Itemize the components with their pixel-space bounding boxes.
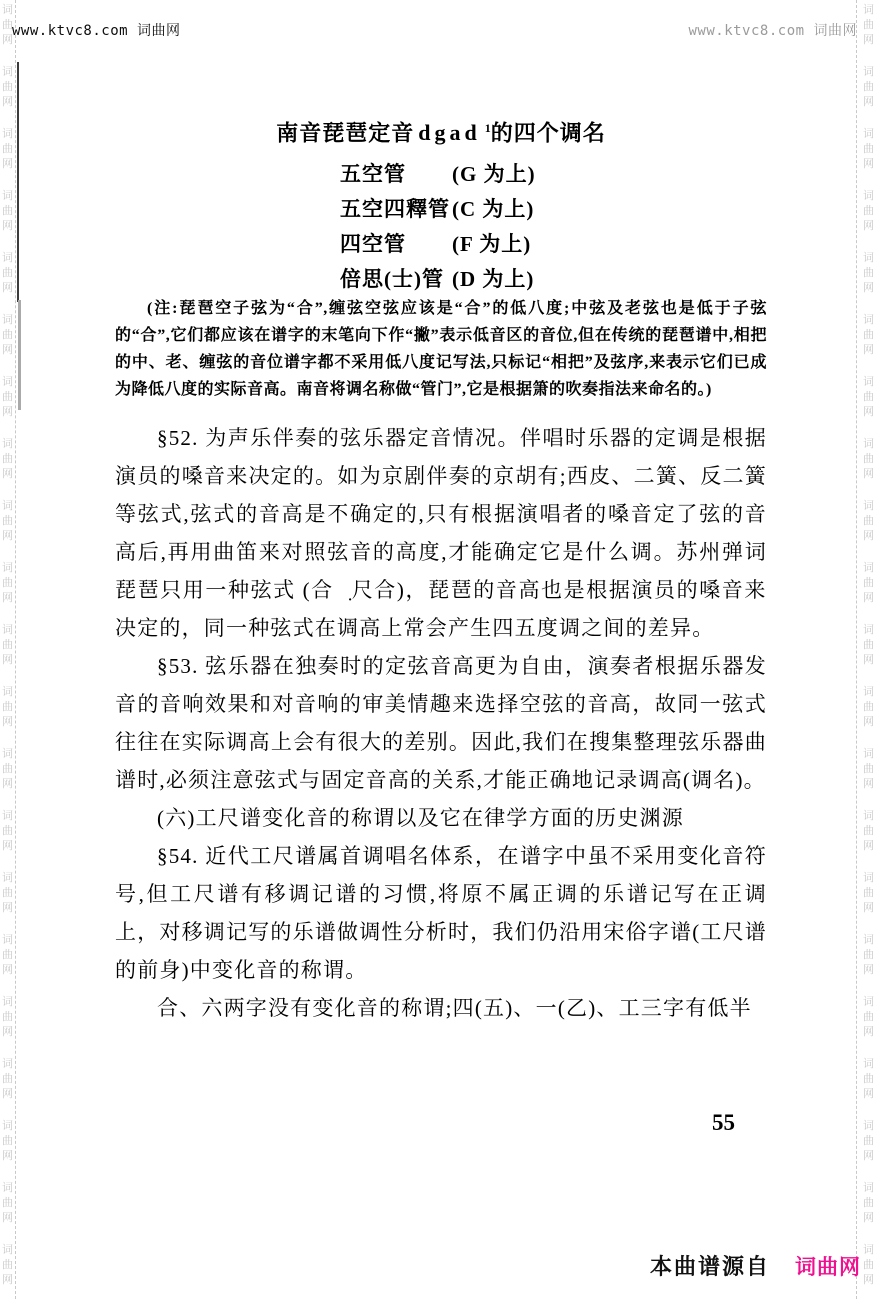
watermark-side-text: 词曲网	[862, 64, 875, 109]
footnote-paragraph: (注:琵琶空子弦为“合”,缠弦空弦应该是“合”的低八度;中弦及老弦也是低于子弦的…	[115, 295, 767, 403]
tuning-row: 四空管 (F 为上)	[340, 225, 767, 260]
scan-edge-artifact	[17, 62, 19, 302]
page-number: 55	[712, 1110, 735, 1136]
scan-edge-artifact-light	[18, 300, 21, 410]
watermark-side-text: 词曲网	[862, 374, 875, 419]
right-watermark-column: 词曲网词曲网词曲网词曲网词曲网词曲网词曲网词曲网词曲网词曲网词曲网词曲网词曲网词…	[862, 2, 875, 1299]
tuning-mode-key: (C 为上)	[452, 193, 534, 223]
watermark-side-text: 词曲网	[1, 374, 14, 419]
body-text-block: §52. 为声乐伴奏的弦乐器定音情况。伴唱时乐器的定调是根据演员的嗓音来决定的。…	[115, 419, 767, 1027]
page-title: 南音琵琶定音dgad1的四个调名	[115, 114, 767, 147]
title-prefix: 南音琵琶定音	[276, 120, 414, 145]
watermark-side-text: 词曲网	[1, 1180, 14, 1225]
watermark-side-text: 词曲网	[1, 870, 14, 915]
scanned-sheet-page: { "watermark": { "header_left": "www.ktv…	[0, 0, 881, 1299]
page-content: 南音琵琶定音dgad1的四个调名 五空管 (G 为上) 五空四釋管 (C 为上)…	[115, 0, 767, 1027]
watermark-side-text: 词曲网	[862, 932, 875, 977]
watermark-side-text: 词曲网	[862, 808, 875, 853]
watermark-side-text: 词曲网	[1, 64, 14, 109]
tuning-row: 五空四釋管 (C 为上)	[340, 190, 767, 225]
watermark-side-text: 词曲网	[862, 250, 875, 295]
watermark-side-text: 词曲网	[862, 1242, 875, 1287]
watermark-side-text: 词曲网	[862, 126, 875, 171]
watermark-side-text: 词曲网	[1, 436, 14, 481]
watermark-side-text: 词曲网	[1, 932, 14, 977]
section-heading-6: (六)工尺谱变化音的称谓以及它在律学方面的历史渊源	[115, 799, 767, 837]
watermark-side-text: 词曲网	[862, 436, 875, 481]
watermark-side-text: 词曲网	[1, 1056, 14, 1101]
watermark-side-text: 词曲网	[862, 560, 875, 605]
title-pitch-letters: dgad	[418, 120, 480, 145]
tuning-mode-key: (D 为上)	[452, 263, 534, 293]
watermark-side-text: 词曲网	[862, 994, 875, 1039]
right-dashed-border	[856, 0, 857, 1299]
paragraph-last: 合、六两字没有变化音的称谓;四(五)、一(乙)、工三字有低半	[115, 989, 767, 1027]
title-suffix: 的四个调名	[491, 120, 606, 145]
watermark-side-text: 词曲网	[862, 870, 875, 915]
tuning-row: 倍思(士)管 (D 为上)	[340, 260, 767, 295]
watermark-side-text: 词曲网	[862, 622, 875, 667]
paragraph-53: §53. 弦乐器在独奏时的定弦音高更为自由，演奏者根据乐器发音的音响效果和对音响…	[115, 647, 767, 799]
watermark-side-text: 词曲网	[1, 1118, 14, 1163]
watermark-side-text: 词曲网	[1, 994, 14, 1039]
tuning-mode-name: 五空四釋管	[340, 193, 452, 223]
watermark-side-text: 词曲网	[1, 560, 14, 605]
watermark-side-text: 词曲网	[1, 746, 14, 791]
tuning-mode-name: 倍思(士)管	[340, 263, 452, 293]
watermark-side-text: 词曲网	[862, 312, 875, 357]
watermark-side-text: 词曲网	[862, 2, 875, 47]
watermark-side-text: 词曲网	[1, 622, 14, 667]
tuning-mode-name: 四空管	[340, 228, 452, 258]
left-watermark-column: 词曲网词曲网词曲网词曲网词曲网词曲网词曲网词曲网词曲网词曲网词曲网词曲网词曲网词…	[1, 2, 14, 1299]
watermark-side-text: 词曲网	[862, 684, 875, 729]
watermark-side-text: 词曲网	[1, 188, 14, 233]
watermark-side-text: 词曲网	[1, 1242, 14, 1287]
footer-source-label: 本曲谱源自	[650, 1250, 770, 1281]
watermark-side-text: 词曲网	[1, 126, 14, 171]
watermark-side-text: 词曲网	[1, 684, 14, 729]
watermark-side-text: 词曲网	[862, 498, 875, 543]
watermark-side-text: 词曲网	[1, 808, 14, 853]
tuning-row: 五空管 (G 为上)	[340, 155, 767, 190]
watermark-side-text: 词曲网	[862, 1180, 875, 1225]
tuning-mode-key: (F 为上)	[452, 228, 531, 258]
watermark-side-text: 词曲网	[862, 1118, 875, 1163]
watermark-side-text: 词曲网	[1, 250, 14, 295]
left-dashed-border	[15, 0, 16, 1299]
tuning-mode-key: (G 为上)	[452, 158, 536, 188]
paragraph-52: §52. 为声乐伴奏的弦乐器定音情况。伴唱时乐器的定调是根据演员的嗓音来决定的。…	[115, 419, 767, 647]
watermark-side-text: 词曲网	[862, 1056, 875, 1101]
tuning-mode-name: 五空管	[340, 158, 452, 188]
watermark-side-text: 词曲网	[862, 746, 875, 791]
footer-brand-text: 词曲网	[795, 1251, 861, 1281]
watermark-side-text: 词曲网	[1, 498, 14, 543]
watermark-side-text: 词曲网	[1, 312, 14, 357]
paragraph-54: §54. 近代工尺谱属首调唱名体系，在谱字中虽不采用变化音符号,但工尺谱有移调记…	[115, 837, 767, 989]
watermark-side-text: 词曲网	[862, 188, 875, 233]
tuning-mode-list: 五空管 (G 为上) 五空四釋管 (C 为上) 四空管 (F 为上) 倍思(士)…	[340, 155, 767, 295]
